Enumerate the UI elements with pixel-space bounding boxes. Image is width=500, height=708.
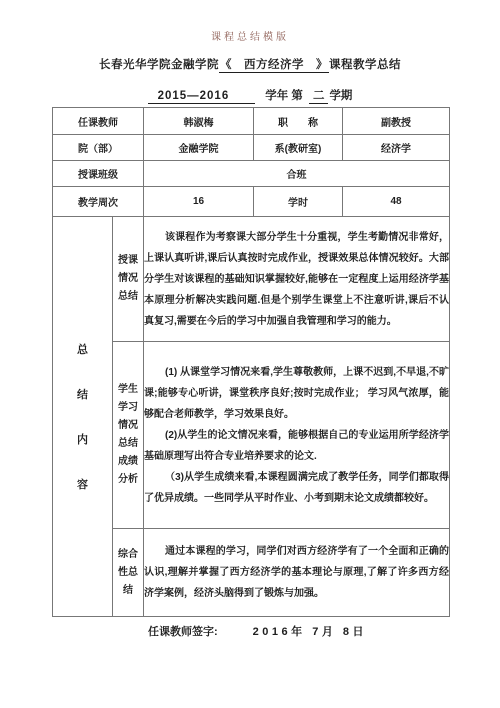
table-row: 授课班级 合班 <box>53 161 450 187</box>
table-row: 院（部） 金融学院 系(教研室) 经济学 <box>53 135 450 161</box>
table-row: 学生 学习 情况 总结 成绩 分析 (1) 从课堂学习情况来看,学生尊敬教师，上… <box>53 342 450 529</box>
section-1-label-cell: 授课 情况 总结 <box>113 217 144 342</box>
summary-paragraph: 通过本课程的学习，同学们对西方经济学有了一个全面和正确的认识,理解并掌握了西方经… <box>144 541 449 604</box>
table-row: 教学周次 16 学时 48 <box>53 187 450 217</box>
title-prefix: 长春光华学院金融学院 <box>99 59 219 71</box>
vertical-char: 容 <box>77 476 88 492</box>
section-1-content-cell: 该课程作为考察课大部分学生十分重视，学生考勤情况非常好，上课认真听讲,课后认真按… <box>144 217 450 342</box>
label-line: 总结 <box>118 288 138 306</box>
dept-label-cell: 系(教研室) <box>254 135 343 161</box>
section-2-content-cell: (1) 从课堂学习情况来看,学生尊敬教师，上课不迟到,不早退,不旷课;能够专心听… <box>144 342 450 529</box>
label-line: 结 <box>123 582 133 600</box>
section-3-content-cell: 通过本课程的学习，同学们对西方经济学有了一个全面和正确的认识,理解并掌握了西方经… <box>144 529 450 617</box>
section-2-label-cell: 学生 学习 情况 总结 成绩 分析 <box>113 342 144 529</box>
college-label-cell: 院（部） <box>53 135 144 161</box>
term-mid-text: 学年 第 <box>265 90 303 102</box>
label-line: 学生 <box>118 381 138 399</box>
term-line: 2015—2016学年 第二学期 <box>0 87 500 103</box>
dept-value-cell: 经济学 <box>343 135 450 161</box>
summary-paragraph: (2)从学生的论文情况来看，能够根据自己的专业运用所学经济学基础原理写出符合专业… <box>144 425 449 467</box>
signature-date: 2016年 7月 8日 <box>253 623 367 639</box>
class-value-cell: 合班 <box>144 161 450 187</box>
label-line: 情况 <box>118 417 138 435</box>
college-value-cell: 金融学院 <box>144 135 254 161</box>
rank-label-cell: 职 称 <box>254 108 343 135</box>
summary-row-header-cell: 总 结 内 容 <box>53 217 113 617</box>
page-root: 课程总结模版 长春光华学院金融学院《 西方经济学 》课程教学总结 2015—20… <box>0 28 500 639</box>
table-row: 总 结 内 容 授课 情况 总结 该课程作为考察课大部分学生十分重视，学生考勤情… <box>53 217 450 342</box>
section-3-label: 综合 性总 结 <box>113 546 143 600</box>
term-suffix-text: 学期 <box>329 90 352 102</box>
signature-line: 任课教师签字: 2016年 7月 8日 <box>148 623 500 639</box>
title-course-underlined: 《 西方经济学 》 <box>219 59 329 73</box>
table-row: 任课教师 韩淑梅 职 称 副教授 <box>53 108 450 135</box>
hours-value-cell: 48 <box>343 187 450 217</box>
label-line: 学习 <box>118 399 138 417</box>
teacher-label-cell: 任课教师 <box>53 108 144 135</box>
summary-paragraph: (1) 从课堂学习情况来看,学生尊敬教师，上课不迟到,不早退,不旷课;能够专心听… <box>144 362 449 425</box>
teacher-value-cell: 韩淑梅 <box>144 108 254 135</box>
label-line: 分析 <box>118 471 138 489</box>
class-label-cell: 授课班级 <box>53 161 144 187</box>
section-2-label: 学生 学习 情况 总结 成绩 分析 <box>113 381 143 489</box>
label-line: 情况 <box>118 270 138 288</box>
info-table: 任课教师 韩淑梅 职 称 副教授 院（部） 金融学院 系(教研室) 经济学 授课… <box>52 107 450 617</box>
weeks-label-cell: 教学周次 <box>53 187 144 217</box>
term-semester-underlined: 二 <box>309 90 329 104</box>
template-label: 课程总结模版 <box>0 28 500 43</box>
title-suffix: 课程教学总结 <box>329 59 401 71</box>
label-line: 性总 <box>118 564 138 582</box>
label-line: 授课 <box>118 252 138 270</box>
vertical-char: 结 <box>77 386 88 402</box>
vertical-char: 内 <box>77 431 88 447</box>
table-row: 综合 性总 结 通过本课程的学习，同学们对西方经济学有了一个全面和正确的认识,理… <box>53 529 450 617</box>
hours-label-cell: 学时 <box>254 187 343 217</box>
term-years-underlined: 2015—2016 <box>148 90 256 104</box>
label-line: 总结 <box>118 435 138 453</box>
summary-paragraph: （3)从学生成绩来看,本课程圆满完成了教学任务，同学们都取得了优异成绩。一些同学… <box>144 467 449 509</box>
summary-paragraph: 该课程作为考察课大部分学生十分重视，学生考勤情况非常好，上课认真听讲,课后认真按… <box>144 227 449 332</box>
rank-value-cell: 副教授 <box>343 108 450 135</box>
section-1-label: 授课 情况 总结 <box>113 252 143 306</box>
label-line: 成绩 <box>118 453 138 471</box>
weeks-value-cell: 16 <box>144 187 254 217</box>
signature-label: 任课教师签字: <box>148 623 218 639</box>
document-title: 长春光华学院金融学院《 西方经济学 》课程教学总结 <box>0 56 500 72</box>
summary-row-header: 总 结 内 容 <box>53 341 112 492</box>
label-line: 综合 <box>118 546 138 564</box>
vertical-char: 总 <box>77 341 88 357</box>
section-3-label-cell: 综合 性总 结 <box>113 529 144 617</box>
